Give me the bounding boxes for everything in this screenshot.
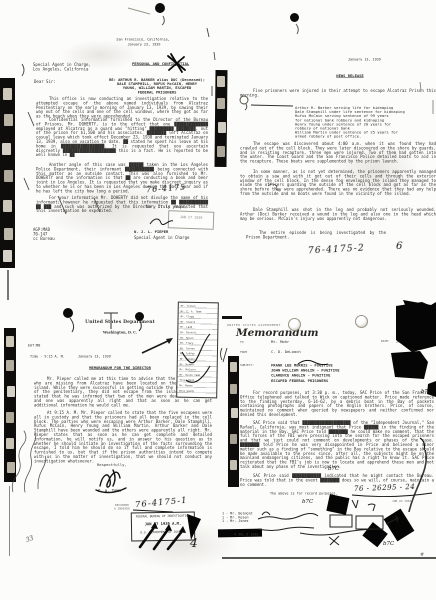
ink-blot bbox=[187, 514, 201, 540]
arrow-to-routing-stamp bbox=[142, 338, 173, 353]
margin-handwriting bbox=[11, 431, 51, 497]
annotation-overlay bbox=[0, 0, 436, 600]
scanned-documents-page: San Francisco, California, January 23, 1… bbox=[0, 0, 436, 600]
redaction-blob bbox=[391, 300, 436, 397]
tamm-signature bbox=[96, 470, 126, 493]
x-scribble bbox=[168, 54, 185, 72]
redaction-blob bbox=[326, 494, 414, 547]
pen-arrows bbox=[140, 526, 183, 549]
